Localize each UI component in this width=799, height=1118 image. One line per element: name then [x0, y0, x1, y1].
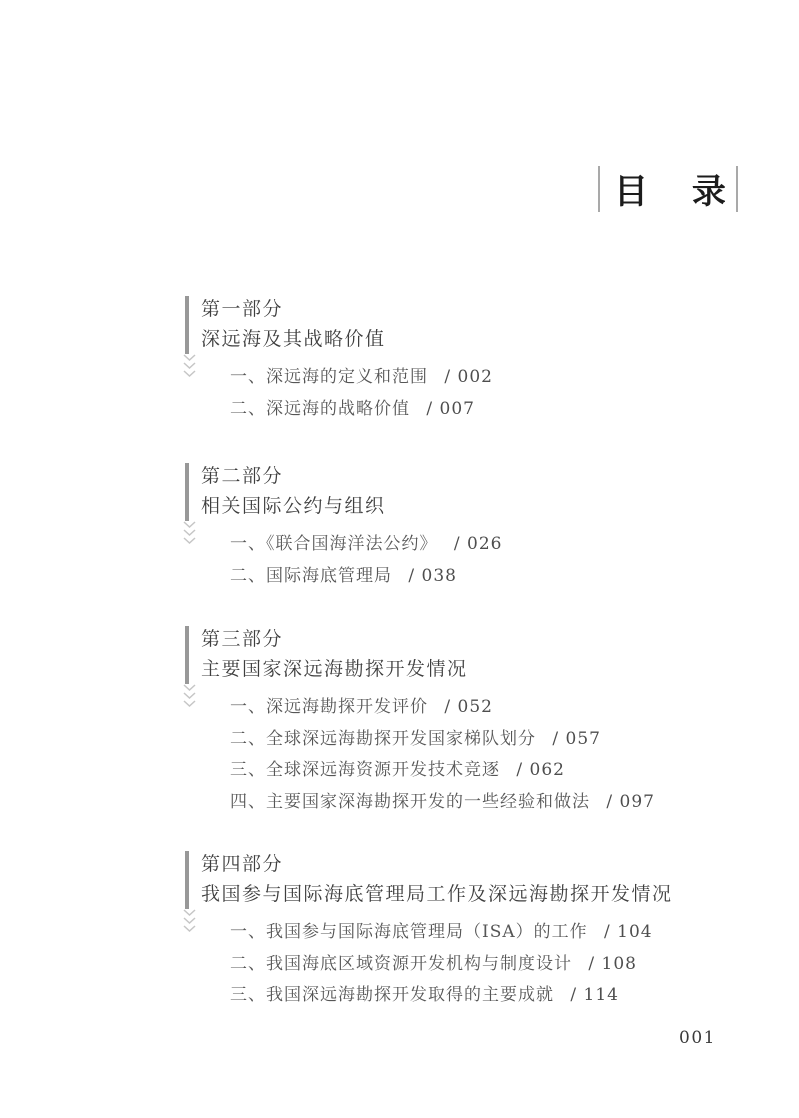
- toc-entry-page: / 002: [444, 367, 493, 387]
- triple-chevron-down-icon: [182, 684, 197, 710]
- toc-entry-label: 四、主要国家深海勘探开发的一些经验和做法: [230, 792, 590, 812]
- section-part-label: 第二部分: [201, 464, 765, 490]
- toc-entry-page: / 062: [516, 760, 565, 780]
- title-right-bar: [736, 166, 738, 212]
- title-left-bar: [598, 166, 600, 212]
- toc-section-2: 第二部分 相关国际公约与组织 一、《联合国海洋法公约》 / 026 二、国际海底…: [185, 463, 765, 521]
- toc-entry-label: 一、深远海的定义和范围: [230, 367, 428, 387]
- toc-section-4: 第四部分 我国参与国际海底管理局工作及深远海勘探开发情况 一、我国参与国际海底管…: [185, 851, 765, 909]
- toc-entry-page: / 052: [444, 697, 493, 717]
- toc-entry-label: 三、全球深远海资源开发技术竞逐: [230, 760, 500, 780]
- toc-section-3: 第三部分 主要国家深远海勘探开发情况 一、深远海勘探开发评价 / 052 二、全…: [185, 626, 765, 684]
- toc-entry-label: 二、我国海底区域资源开发机构与制度设计: [230, 954, 572, 974]
- toc-entry: 四、主要国家深海勘探开发的一些经验和做法 / 097: [230, 787, 655, 819]
- page-title: 目 录: [598, 164, 738, 213]
- section-header: 第四部分 我国参与国际海底管理局工作及深远海勘探开发情况: [185, 851, 765, 909]
- section-title: 深远海及其战略价值: [201, 327, 765, 353]
- toc-entry-label: 二、国际海底管理局: [230, 566, 392, 586]
- toc-entry-label: 一、深远海勘探开发评价: [230, 697, 428, 717]
- toc-item-list: 一、深远海勘探开发评价 / 052 二、全球深远海勘探开发国家梯队划分 / 05…: [230, 692, 655, 818]
- toc-entry-page: / 097: [606, 792, 655, 812]
- toc-entry-label: 一、《联合国海洋法公约》: [230, 534, 438, 554]
- section-part-label: 第一部分: [201, 297, 765, 323]
- toc-entry: 三、我国深远海勘探开发取得的主要成就 / 114: [230, 980, 653, 1012]
- toc-item-list: 一、《联合国海洋法公约》 / 026 二、国际海底管理局 / 038: [230, 529, 503, 592]
- toc-entry-label: 二、深远海的战略价值: [230, 399, 410, 419]
- triple-chevron-down-icon: [182, 354, 197, 380]
- toc-entry-page: / 108: [588, 954, 637, 974]
- toc-entry-page: / 026: [454, 534, 503, 554]
- toc-item-list: 一、我国参与国际海底管理局（ISA）的工作 / 104 二、我国海底区域资源开发…: [230, 917, 653, 1012]
- section-part-label: 第四部分: [201, 852, 765, 878]
- toc-entry-label: 二、全球深远海勘探开发国家梯队划分: [230, 729, 536, 749]
- toc-entry-page: / 114: [570, 985, 619, 1005]
- section-title: 我国参与国际海底管理局工作及深远海勘探开发情况: [201, 882, 765, 908]
- folio-page-number: 001: [679, 1028, 716, 1048]
- toc-section-1: 第一部分 深远海及其战略价值 一、深远海的定义和范围 / 002 二、深远海的战…: [185, 296, 765, 354]
- section-header: 第一部分 深远海及其战略价值: [185, 296, 765, 354]
- page-title-text: 目 录: [614, 164, 742, 213]
- triple-chevron-down-icon: [182, 909, 197, 935]
- toc-entry-page: / 038: [408, 566, 457, 586]
- section-part-label: 第三部分: [201, 627, 765, 653]
- toc-entry: 三、全球深远海资源开发技术竞逐 / 062: [230, 755, 655, 787]
- section-title: 主要国家深远海勘探开发情况: [201, 657, 765, 683]
- toc-entry-label: 一、我国参与国际海底管理局（ISA）的工作: [230, 922, 588, 942]
- toc-entry: 一、我国参与国际海底管理局（ISA）的工作 / 104: [230, 917, 653, 949]
- toc-entry: 二、全球深远海勘探开发国家梯队划分 / 057: [230, 724, 655, 756]
- toc-entry: 一、《联合国海洋法公约》 / 026: [230, 529, 503, 561]
- toc-entry-page: / 104: [604, 922, 653, 942]
- toc-entry-page: / 057: [552, 729, 601, 749]
- toc-entry-label: 三、我国深远海勘探开发取得的主要成就: [230, 985, 554, 1005]
- toc-entry: 二、国际海底管理局 / 038: [230, 561, 503, 593]
- section-title: 相关国际公约与组织: [201, 494, 765, 520]
- section-header: 第三部分 主要国家深远海勘探开发情况: [185, 626, 765, 684]
- section-header: 第二部分 相关国际公约与组织: [185, 463, 765, 521]
- toc-entry: 二、深远海的战略价值 / 007: [230, 394, 493, 426]
- toc-entry: 一、深远海勘探开发评价 / 052: [230, 692, 655, 724]
- toc-entry: 二、我国海底区域资源开发机构与制度设计 / 108: [230, 949, 653, 981]
- triple-chevron-down-icon: [182, 521, 197, 547]
- toc-entry: 一、深远海的定义和范围 / 002: [230, 362, 493, 394]
- toc-entry-page: / 007: [426, 399, 475, 419]
- toc-item-list: 一、深远海的定义和范围 / 002 二、深远海的战略价值 / 007: [230, 362, 493, 425]
